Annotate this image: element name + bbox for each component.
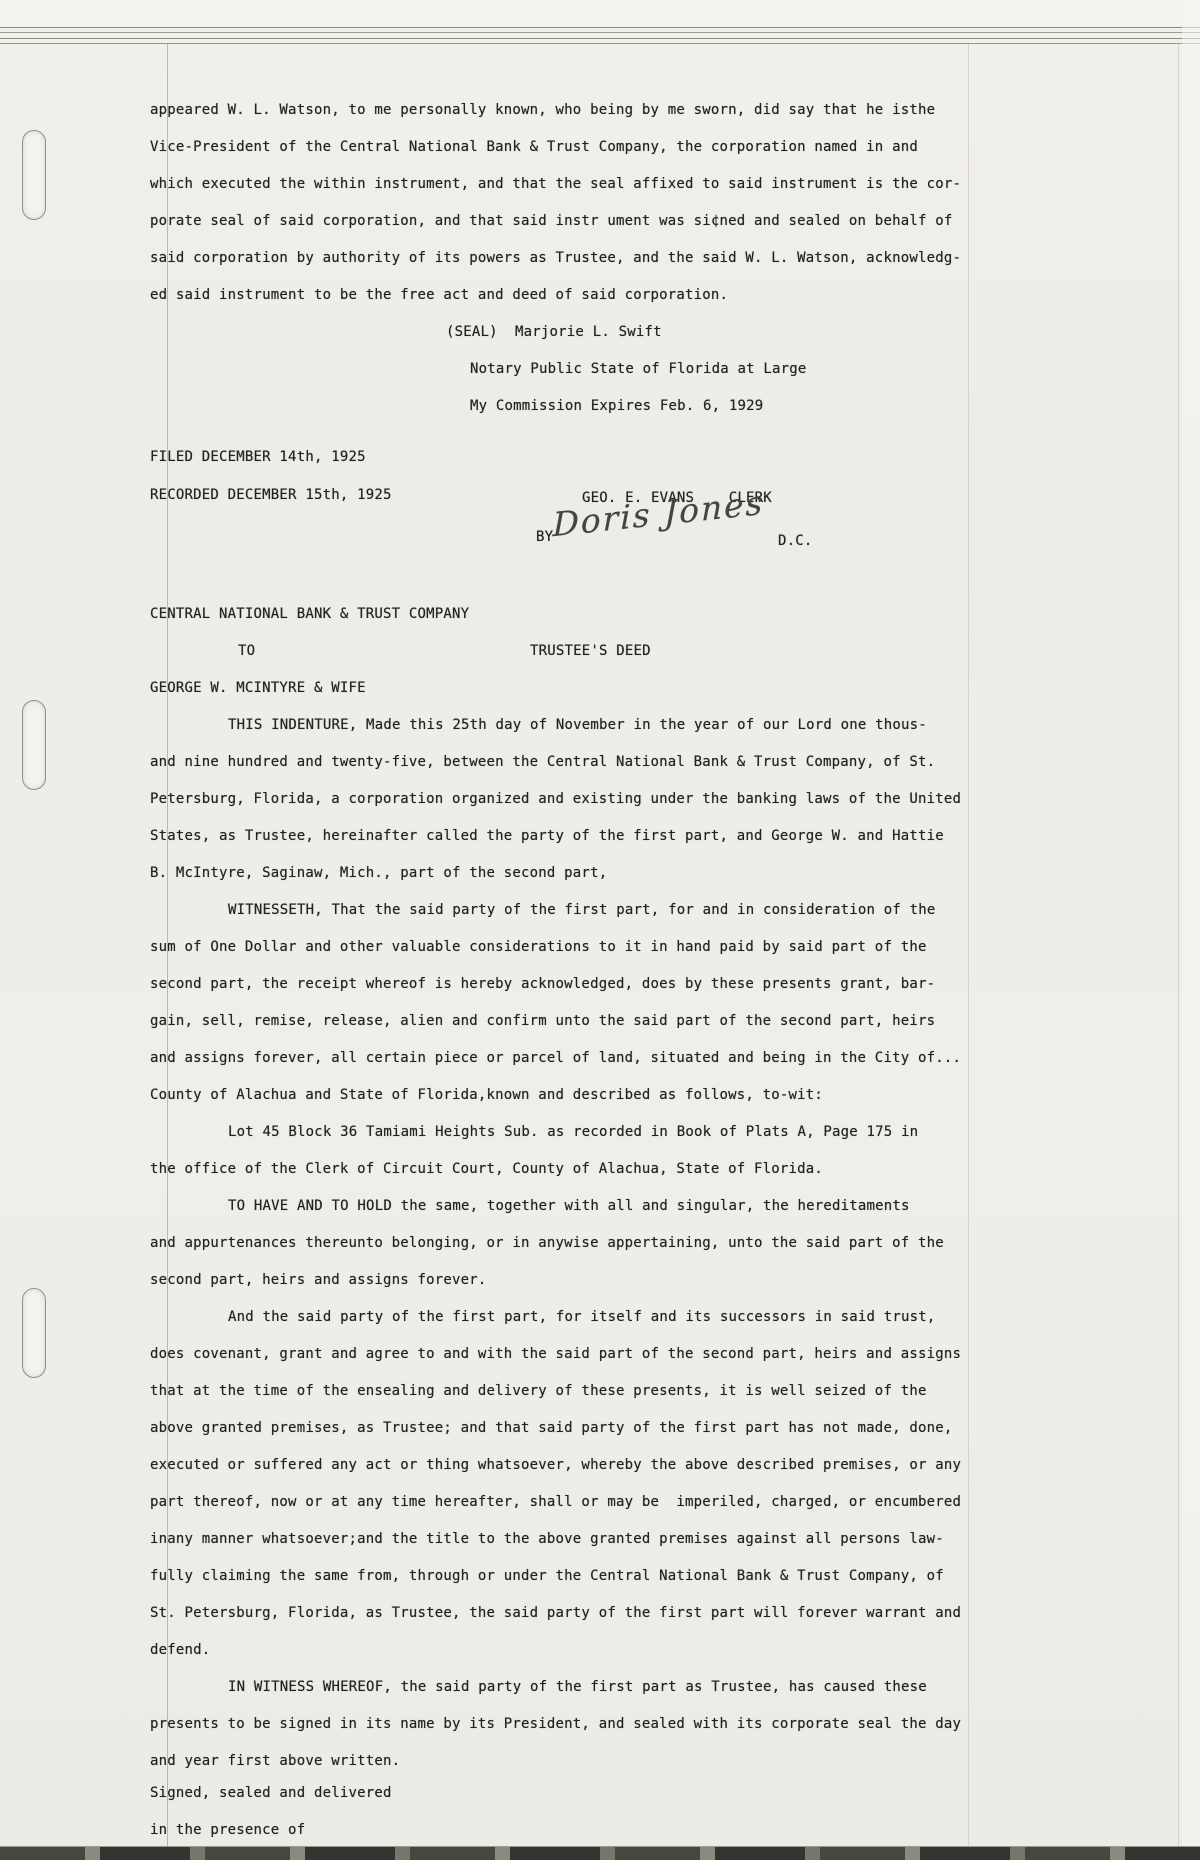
document-line: second part, heirs and assigns forever.: [150, 1271, 487, 1289]
notary-seal-line: (SEAL) Marjorie L. Swift: [446, 323, 662, 341]
document-line: porate seal of said corporation, and tha…: [150, 212, 952, 230]
document-line: WITNESSETH, That the said party of the f…: [228, 901, 936, 919]
document-line: And the said party of the first part, fo…: [228, 1308, 936, 1326]
legal-description-line: the office of the Clerk of Circuit Court…: [150, 1160, 823, 1178]
document-line: sum of One Dollar and other valuable con…: [150, 938, 927, 956]
filed-date-line: FILED DECEMBER 14th, 1925: [150, 448, 366, 466]
document-line: which executed the within instrument, an…: [150, 175, 961, 193]
caption-to-label: TO: [238, 642, 255, 660]
deputy-clerk-label: D.C.: [778, 532, 813, 550]
document-line: B. McIntyre, Saginaw, Mich., part of the…: [150, 864, 607, 882]
document-line: presents to be signed in its name by its…: [150, 1715, 961, 1733]
document-line: and appurtenances thereunto belonging, o…: [150, 1234, 944, 1252]
page-right-edge: [1182, 0, 1200, 1860]
document-line: part thereof, now or at any time hereaft…: [150, 1493, 961, 1511]
document-line: that at the time of the ensealing and de…: [150, 1382, 927, 1400]
attestation-line: Signed, sealed and delivered: [150, 1784, 392, 1802]
document-line: St. Petersburg, Florida, as Trustee, the…: [150, 1604, 961, 1622]
document-line: and assigns forever, all certain piece o…: [150, 1049, 961, 1067]
document-line: gain, sell, remise, release, alien and c…: [150, 1012, 935, 1030]
attestation-line: in the presence of: [150, 1821, 305, 1839]
by-label: BY: [536, 528, 553, 546]
right-margin-rule: [968, 44, 969, 1850]
document-line: States, as Trustee, hereinafter called t…: [150, 827, 944, 845]
document-line: executed or suffered any act or thing wh…: [150, 1456, 961, 1474]
document-line: Petersburg, Florida, a corporation organ…: [150, 790, 961, 808]
document-line: above granted premises, as Trustee; and …: [150, 1419, 952, 1437]
document-line: second part, the receipt whereof is here…: [150, 975, 935, 993]
document-line: said corporation by authority of its pow…: [150, 249, 961, 267]
document-line: does covenant, grant and agree to and wi…: [150, 1345, 961, 1363]
binder-slot: [22, 130, 46, 220]
binder-slot: [22, 700, 46, 790]
document-line: and nine hundred and twenty-five, betwee…: [150, 753, 935, 771]
document-line: inany manner whatsoever;and the title to…: [150, 1530, 944, 1548]
page-edge-rule: [1178, 44, 1179, 1850]
document-line: THIS INDENTURE, Made this 25th day of No…: [228, 716, 927, 734]
grantor-name: CENTRAL NATIONAL BANK & TRUST COMPANY: [150, 605, 469, 623]
page-top-margin: [0, 0, 1200, 26]
document-line: IN WITNESS WHEREOF, the said party of th…: [228, 1678, 927, 1696]
document-line: Vice-President of the Central National B…: [150, 138, 918, 156]
page-bottom-edge: [0, 1846, 1200, 1860]
document-line: and year first above written.: [150, 1752, 400, 1770]
notary-title-line: Notary Public State of Florida at Large: [470, 360, 807, 378]
notary-commission-line: My Commission Expires Feb. 6, 1929: [470, 397, 763, 415]
top-double-rule: [0, 27, 1200, 33]
top-double-rule-2: [0, 38, 1200, 44]
recorded-date-line: RECORDED DECEMBER 15th, 1925: [150, 486, 392, 504]
document-line: ed said instrument to be the free act an…: [150, 286, 728, 304]
binder-slot: [22, 1288, 46, 1378]
scanned-deed-page: appeared W. L. Watson, to me personally …: [0, 0, 1200, 1860]
document-line: appeared W. L. Watson, to me personally …: [150, 101, 935, 119]
grantee-name: GEORGE W. MCINTYRE & WIFE: [150, 679, 366, 697]
document-line: County of Alachua and State of Florida,k…: [150, 1086, 823, 1104]
document-line: defend.: [150, 1641, 210, 1659]
legal-description-line: Lot 45 Block 36 Tamiami Heights Sub. as …: [228, 1123, 918, 1141]
document-line: TO HAVE AND TO HOLD the same, together w…: [228, 1197, 910, 1215]
instrument-type-title: TRUSTEE'S DEED: [530, 642, 651, 660]
document-line: fully claiming the same from, through or…: [150, 1567, 944, 1585]
